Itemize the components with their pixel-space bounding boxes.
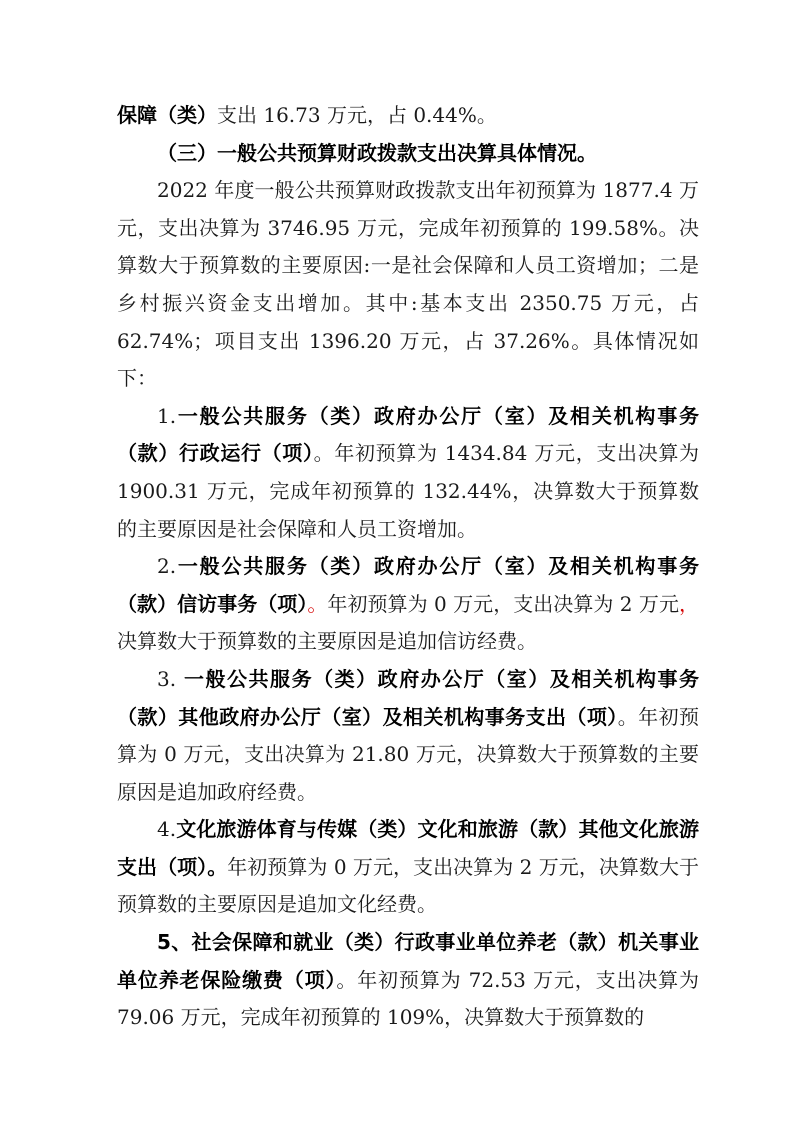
item-punct: 。 xyxy=(618,705,638,729)
item-paragraph-4: 4.文化旅游体育与传媒（类）文化和旅游（款）其他文化旅游支出（项）。年初预算为 … xyxy=(117,811,699,924)
item-paragraph-3: 3. 一般公共服务（类）政府办公厅（室）及相关机构事务（款）其他政府办公厅（室）… xyxy=(117,661,699,811)
item-punct-red: 。 xyxy=(307,592,327,616)
item-number: 5、 xyxy=(157,930,192,954)
document-page: 保障（类）支出 16.73 万元，占 0.44%。 （三）一般公共预算财政拨款支… xyxy=(117,97,699,1037)
paragraph-continuation: 保障（类）支出 16.73 万元，占 0.44%。 xyxy=(117,97,699,135)
item-number: 3. xyxy=(157,667,184,691)
item-body: 年初预算为 0 万元，支出决算为 2 万元 xyxy=(327,592,679,616)
item-number: 2. xyxy=(157,554,176,578)
item-paragraph-1: 1.一般公共服务（类）政府办公厅（室）及相关机构事务（款）行政运行（项）。年初预… xyxy=(117,398,699,548)
section-heading: （三）一般公共预算财政拨款支出决算具体情况。 xyxy=(117,135,699,173)
paragraph-text: 支出 16.73 万元，占 0.44%。 xyxy=(217,103,497,127)
item-body: 决算数大于预算数的主要原因是追加信访经费。 xyxy=(117,629,537,653)
item-comma-red: ， xyxy=(679,592,699,616)
item-number: 1. xyxy=(157,404,176,428)
summary-paragraph: 2022 年度一般公共预算财政拨款支出年初预算为 1877.4 万元，支出决算为… xyxy=(117,172,699,398)
item-title: 一般公共服务（类）政府办公厅（室）及相关机构事务（款）其他政府办公厅（室）及相关… xyxy=(117,667,699,729)
item-paragraph-2: 2.一般公共服务（类）政府办公厅（室）及相关机构事务（款）信访事务（项）。年初预… xyxy=(117,548,699,661)
bold-text: 保障（类） xyxy=(117,103,217,127)
item-number: 4. xyxy=(157,817,176,841)
item-punct: 。 xyxy=(314,441,335,465)
item-paragraph-5: 5、社会保障和就业（类）行政事业单位养老（款）机关事业单位养老保险缴费（项）。年… xyxy=(117,924,699,1037)
item-punct: 。 xyxy=(336,968,357,992)
item-punct: 。 xyxy=(207,855,227,879)
